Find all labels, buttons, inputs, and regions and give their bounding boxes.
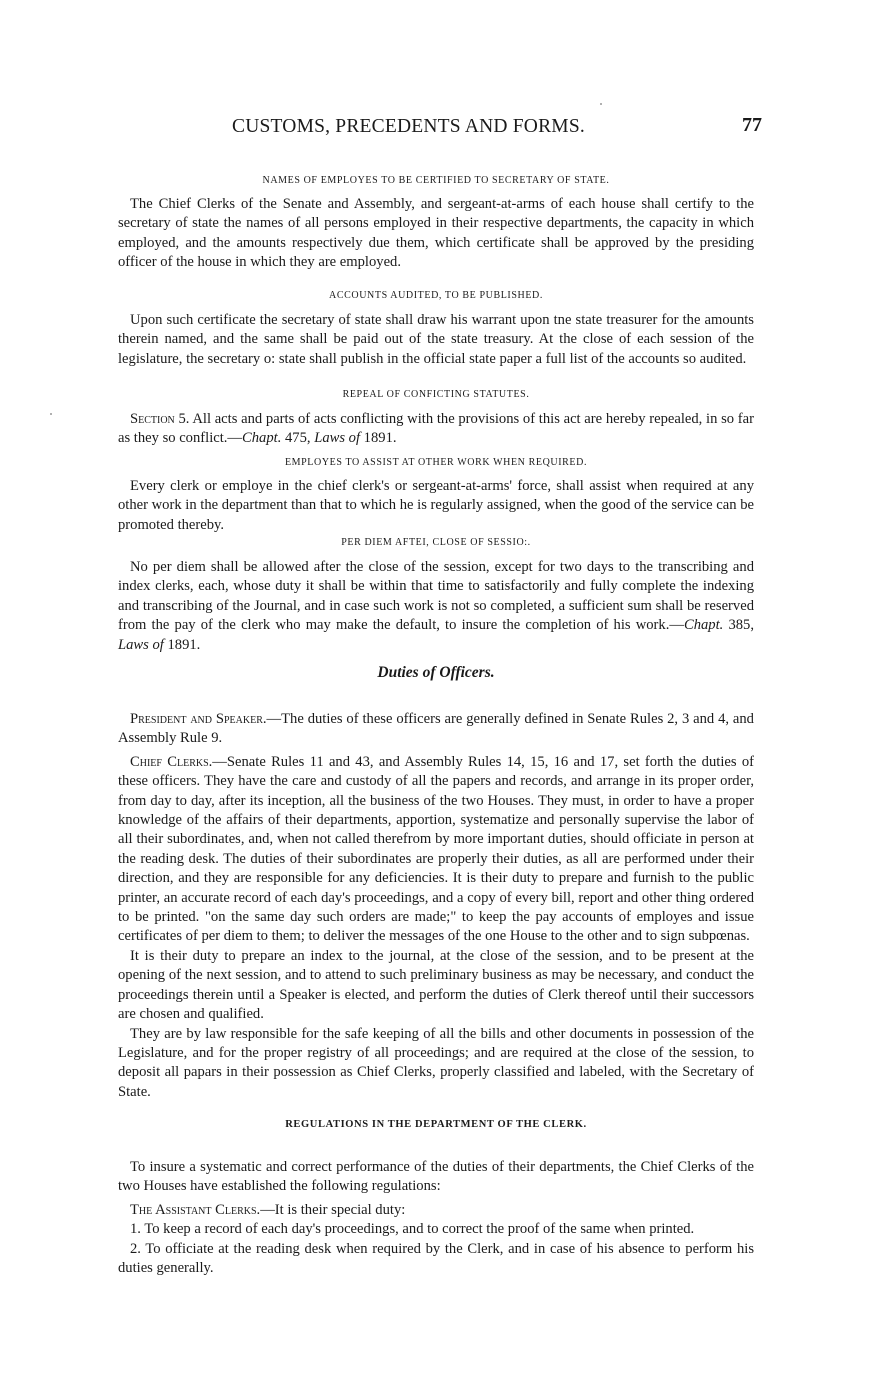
list-item: 2. To officiate at the reading desk when… <box>118 1240 754 1279</box>
list-item: 1. To keep a record of each day's procee… <box>118 1220 754 1239</box>
paragraph-lead: Chief Clerks. <box>130 754 212 770</box>
paragraph-lead: President and Speaker. <box>130 711 267 727</box>
paragraph-president-speaker: President and Speaker.—The duties of the… <box>118 710 754 749</box>
document-page: CUSTOMS, PRECEDENTS AND FORMS. 77 NAMES … <box>0 0 869 1380</box>
running-title: CUSTOMS, PRECEDENTS AND FORMS. <box>232 116 585 138</box>
paragraph: It is their duty to prepare an index to … <box>118 947 754 1025</box>
scan-speck <box>50 413 52 415</box>
section-accounts-audited: ACCOUNTS AUDITED, TO BE PUBLISHED. Upon … <box>118 289 754 369</box>
scan-speck <box>600 103 602 105</box>
running-head: CUSTOMS, PRECEDENTS AND FORMS. 77 <box>232 116 762 140</box>
section-heading: NAMES OF EMPLOYES TO BE CERTIFIED TO SEC… <box>118 174 754 188</box>
section-heading: PER DIEM AFTEI, CLOSE OF SESSIO:. <box>118 536 754 550</box>
paragraph-lead: The Assistant Clerks. <box>130 1202 260 1218</box>
regulations-section: REGULATIONS IN THE DEPARTMENT OF THE CLE… <box>118 1118 754 1278</box>
section-lead: Section 5. <box>130 411 189 427</box>
paragraph: Section 5. All acts and parts of acts co… <box>118 410 754 449</box>
paragraph: Every clerk or employe in the chief cler… <box>118 477 754 535</box>
section-title: Duties of Officers. <box>118 664 754 682</box>
section-heading: EMPLOYES TO ASSIST AT OTHER WORK WHEN RE… <box>118 456 754 470</box>
paragraph: Upon such certificate the secretary of s… <box>118 311 754 369</box>
section-heading: REPEAL OF CONFICTING STATUTES. <box>118 388 754 402</box>
paragraph: They are by law responsible for the safe… <box>118 1025 754 1103</box>
section-employes-assist: EMPLOYES TO ASSIST AT OTHER WORK WHEN RE… <box>118 456 754 535</box>
paragraph: The Chief Clerks of the Senate and Assem… <box>118 195 754 273</box>
section-heading: REGULATIONS IN THE DEPARTMENT OF THE CLE… <box>118 1118 754 1132</box>
section-per-diem: PER DIEM AFTEI, CLOSE OF SESSIO:. No per… <box>118 536 754 655</box>
paragraph-assistant-clerks: The Assistant Clerks.—It is their specia… <box>118 1201 754 1220</box>
page-number: 77 <box>742 114 762 137</box>
paragraph-intro: To insure a systematic and correct perfo… <box>118 1158 754 1197</box>
section-repeal: REPEAL OF CONFICTING STATUTES. Section 5… <box>118 388 754 449</box>
paragraph: No per diem shall be allowed after the c… <box>118 558 754 655</box>
section-names-of-employes: NAMES OF EMPLOYES TO BE CERTIFIED TO SEC… <box>118 174 754 273</box>
paragraph-chief-clerks: Chief Clerks.—Senate Rules 11 and 43, an… <box>118 753 754 947</box>
section-heading: ACCOUNTS AUDITED, TO BE PUBLISHED. <box>118 289 754 303</box>
duties-of-officers: Duties of Officers. President and Speake… <box>118 664 754 1102</box>
